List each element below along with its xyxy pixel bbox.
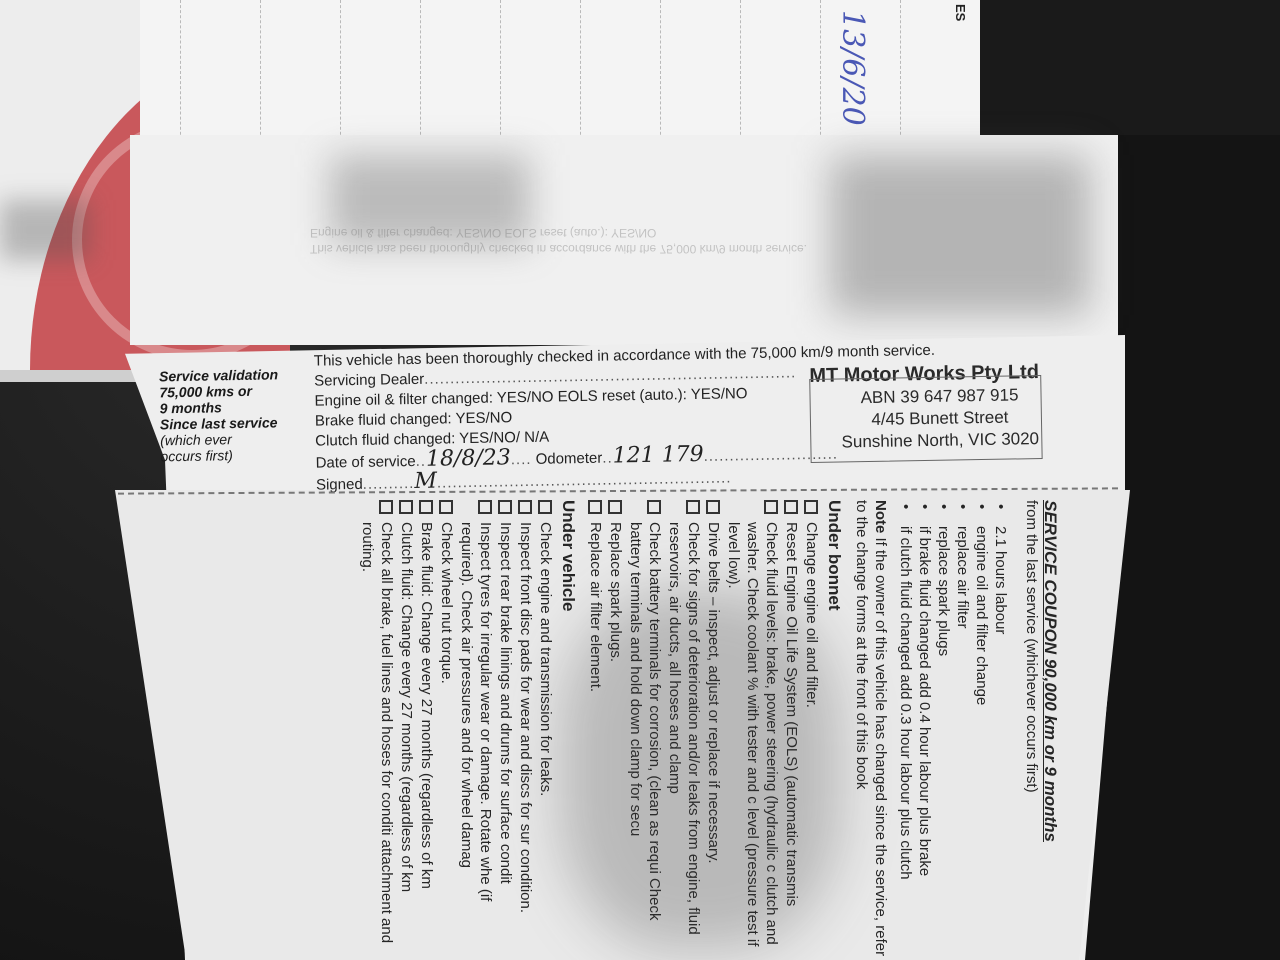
- checkbox-icon: [588, 500, 602, 514]
- checklist-item[interactable]: Brake fluid: Change every 27 months (reg…: [417, 500, 436, 960]
- list-item: if clutch fluid changed add 0.3 hour lab…: [896, 500, 915, 960]
- odometer-value: 121 179: [612, 442, 703, 469]
- coupon-note: Note If the owner of this vehicle has ch…: [852, 500, 890, 960]
- checkbox-icon: [784, 500, 798, 514]
- checkbox-icon: [399, 500, 413, 514]
- coupon-title: SERVICE COUPON 90,000 km or 9 months: [1041, 500, 1060, 960]
- list-item: if brake fluid changed add 0.4 hour labo…: [915, 500, 934, 960]
- coupon-bullets: 2.1 hours labour engine oil and filter c…: [896, 500, 1010, 960]
- checkbox-icon: [686, 500, 700, 514]
- checkbox-icon: [764, 500, 778, 514]
- dealer-stamp: MT Motor Works Pty Ltd ABN 39 647 987 91…: [809, 361, 1071, 455]
- checkbox-icon: [439, 500, 453, 514]
- coupon-subtitle: from the last service (whichever occurs …: [1022, 500, 1041, 960]
- checkbox-icon: [608, 500, 622, 514]
- checklist-item[interactable]: Clutch fluid: Change every 27 months (re…: [397, 500, 416, 960]
- list-item: engine oil and filter change: [972, 500, 991, 960]
- checklist-item[interactable]: Check engine and transmission for leaks.: [536, 500, 555, 960]
- checklist-item[interactable]: Inspect rear brake linings and drums for…: [496, 500, 515, 960]
- checkbox-icon: [538, 500, 552, 514]
- checkbox-icon: [478, 500, 492, 514]
- hand-shadow: [560, 590, 840, 950]
- checkbox-icon: [379, 500, 393, 514]
- checklist-item[interactable]: Inspect front disc pads for wear and dis…: [516, 500, 535, 960]
- list-item: replace spark plugs: [934, 500, 953, 960]
- checkbox-icon: [419, 500, 433, 514]
- under-vehicle-checklist: Check engine and transmission for leaks.…: [358, 500, 555, 960]
- checkbox-icon: [498, 500, 512, 514]
- list-item: replace air filter: [953, 500, 972, 960]
- checkbox-icon: [804, 500, 818, 514]
- validation-side-label: Service validation 75,000 kms or 9 month…: [159, 366, 311, 465]
- checkbox-icon: [518, 500, 532, 514]
- handwritten-date: 13/6/20: [835, 10, 870, 126]
- checklist-item[interactable]: Inspect tyres for irregular wear or dama…: [457, 500, 495, 960]
- checklist-item[interactable]: Check all brake, fuel lines and hoses fo…: [358, 500, 396, 960]
- torn-previous-coupon: This vehicle has been thoroughly checked…: [130, 135, 1118, 345]
- service-validation-block: Service validation 75,000 kms or 9 month…: [159, 352, 1121, 499]
- page-edge-text: ES: [953, 4, 968, 21]
- checkbox-icon: [647, 500, 661, 514]
- service-date-value: 18/8/23: [426, 445, 511, 471]
- show-through-text: This vehicle has been thoroughly checked…: [310, 225, 870, 257]
- checklist-item[interactable]: Check wheel nut torque.: [437, 500, 456, 960]
- checkbox-icon: [706, 500, 720, 514]
- list-item: 2.1 hours labour: [991, 500, 1010, 960]
- dark-background-right: [970, 0, 1280, 135]
